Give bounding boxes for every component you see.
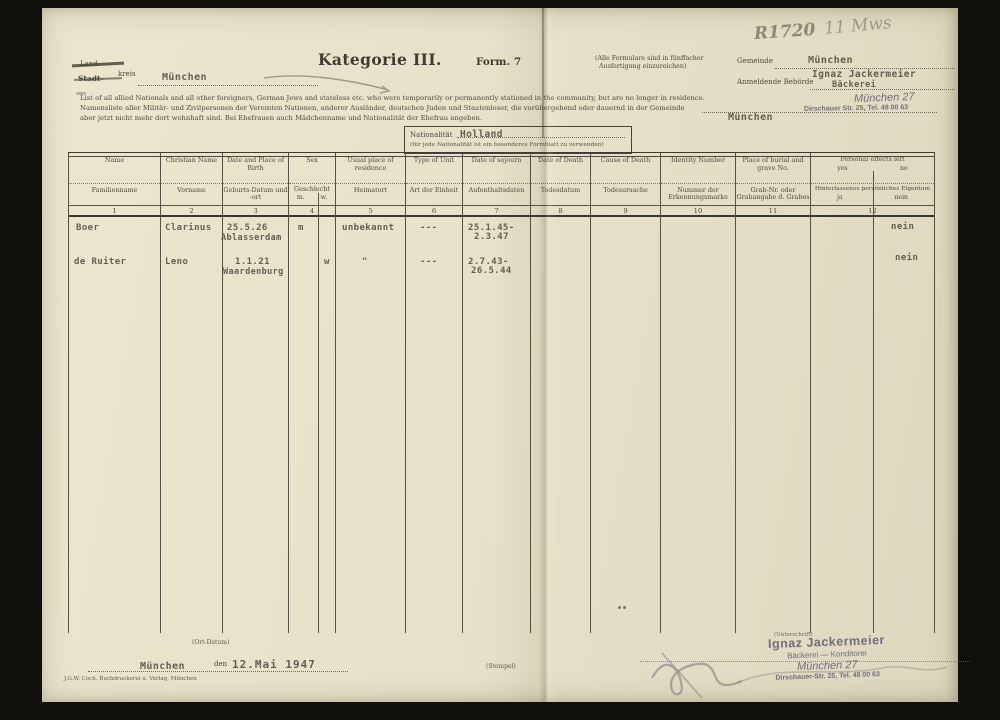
column-burial: Place of burial and grave No. Grab-Nr. o… [735, 153, 810, 633]
effects-yes-label: yes [837, 165, 847, 173]
sex-m-label: m. [297, 194, 305, 201]
col-header-en: Usual place of residence [336, 153, 405, 184]
col-header-de: Nummer der Erkennungsmarke [661, 184, 735, 206]
col-header-en: Date of sojourn [463, 153, 530, 184]
kreis-suffix-label: kreis [118, 70, 136, 78]
column-birth: Date and Place of Birth Geburts-Datum un… [222, 153, 288, 633]
col-number: 2 [161, 206, 222, 217]
fold-crease-top [542, 8, 544, 138]
row2-vorname: Leno [165, 257, 188, 268]
row1-birth-date: 25.5.26 [227, 223, 268, 234]
col-number: 4 [289, 206, 335, 217]
paper-sheet: Land- Stadt- kreis München Kategorie III… [42, 8, 958, 702]
col-header-de: Grab-Nr. oder Grabangabe d. Grabes [736, 184, 810, 206]
column-sojourn: Date of sojourn Aufenthaltsdaten 7 25.1.… [462, 153, 530, 633]
nationality-value: Holland [460, 129, 503, 140]
column-death-cause: Cause of Death Todesursache 9 [590, 153, 660, 633]
col-header-en: Name [69, 153, 160, 184]
column-effects: Personal effects left yes no Hinterlasse… [810, 153, 935, 633]
col-header-de: Todesursache [591, 184, 660, 206]
printer-imprint: J.G.W. Coch. Buchdruckerei u. Verlag, Mü… [64, 676, 197, 682]
row1-effects-no: nein [891, 222, 914, 233]
row2-unit: --- [420, 257, 437, 268]
col-header-de: Heimatort [336, 184, 405, 206]
effects-no-label: no [900, 165, 908, 173]
gemeinde-value: München [808, 55, 853, 66]
row2-stay-to: 26.5.44 [471, 266, 512, 277]
col-header-en: Cause of Death [591, 153, 660, 184]
column-sex: Sex Geschlecht m. w. 4 m w [288, 153, 335, 633]
col-number: 11 [736, 206, 810, 217]
copies-note-line1: (Alle Formulare sind in fünffacher [595, 55, 704, 63]
signature-scribble [632, 623, 962, 708]
sex-w-label: w. [321, 194, 328, 201]
effects-subdivider [873, 171, 874, 633]
stamp-city-top: München 27 [854, 91, 915, 105]
column-unit: Type of Unit Art der Einheit 6 --- --- [405, 153, 462, 633]
copies-note-line2: Ausfertigung einzureichen) [599, 63, 686, 70]
column-name: Name Familienname 1 Boer de Ruiter [68, 153, 160, 633]
col-header-de: Todesdatum [531, 184, 590, 206]
intro-english: List of all allied Nationals and all oth… [80, 94, 705, 102]
behoerde-value-line1: Ignaz Jackermeier [812, 69, 916, 80]
col-header-en: Place of burial and grave No. [736, 153, 810, 184]
column-identity-number: Identity Number Nummer der Erkennungsmar… [660, 153, 735, 633]
col-number: 5 [336, 206, 405, 217]
col-number: 10 [661, 206, 735, 217]
row1-vorname: Clarinus [165, 223, 212, 234]
row2-birth-date: 1.1.21 [235, 257, 270, 268]
col-header-de: Vorname [161, 184, 222, 206]
col-header-de: Familienname [69, 184, 160, 206]
intro-gemeinde-value: München [728, 112, 773, 123]
footer-place: München [140, 661, 185, 672]
handwritten-ref: R1720 [753, 20, 816, 44]
footer-date: 12.Mai 1947 [232, 658, 316, 671]
row2-residence-ditto: " [362, 257, 368, 268]
intro-german-line2: aber jetzt nicht mehr dort wohnhaft sind… [80, 114, 482, 122]
effects-ja-label: ja [837, 194, 843, 201]
col-number: 9 [591, 206, 660, 217]
col-header-en: Identity Number [661, 153, 735, 184]
sex-subdivider [318, 193, 319, 633]
row1-stay-to: 2.3.47 [474, 232, 509, 243]
ink-speck [623, 606, 626, 609]
scanned-form-page: Land- Stadt- kreis München Kategorie III… [0, 0, 1000, 720]
col-number: 3 [223, 206, 288, 217]
ink-speck [618, 606, 621, 609]
kreis-value: München [162, 72, 207, 83]
ort-datum-label: (Ort-Datum) [192, 639, 229, 646]
stempel-label: (Stempel) [486, 663, 516, 670]
row1-residence: unbekannt [342, 223, 394, 234]
row1-sex-m: m [298, 223, 304, 234]
row2-name: de Ruiter [74, 257, 126, 268]
form-number: Form. 7 [476, 56, 521, 68]
den-label: den [214, 660, 227, 668]
gemeinde-label: Gemeinde [737, 57, 773, 65]
col-header-en: Type of Unit [406, 153, 462, 184]
row1-birth-place: Ablasserdam [221, 233, 282, 244]
col-header-de: Art der Einheit [406, 184, 462, 206]
col-header-de: Aufenthaltsdaten [463, 184, 530, 206]
col-number: 8 [531, 206, 590, 217]
col-header-en: Sex [289, 153, 335, 184]
effects-nein-label: nein [894, 194, 908, 201]
col-number: 6 [406, 206, 462, 217]
nationality-box: Nationalität Holland (für jede Nationali… [404, 126, 632, 154]
nationality-label: Nationalität [410, 131, 453, 139]
col-header-en: Personal effects left [840, 155, 904, 163]
persons-table: Name Familienname 1 Boer de Ruiter Chris… [68, 152, 935, 633]
row2-birth-place: Waardenburg [223, 267, 284, 278]
column-residence: Usual place of residence Heimatort 5 unb… [335, 153, 405, 633]
col-header-de: Geburts-Datum und -ort [223, 184, 288, 206]
handwritten-note: 11 Mws [823, 13, 892, 39]
col-number: 7 [463, 206, 530, 217]
dotted-line [457, 136, 625, 138]
column-vorname: Christian Name Vorname 2 Clarinus Leno [160, 153, 222, 633]
col-header-en: Date of Death [531, 153, 590, 184]
column-death-date: Date of Death Todesdatum 8 [530, 153, 590, 633]
page-title: Kategorie III. [318, 50, 442, 69]
row1-name: Boer [76, 223, 99, 234]
nationality-note: (für jede Nationalität ist ein besondere… [410, 142, 604, 148]
row2-effects-no: nein [895, 253, 918, 264]
row1-unit: --- [420, 223, 437, 234]
col-header-de: Geschlecht [294, 185, 330, 193]
row2-sex-w: w [324, 257, 330, 268]
col-header-en: Date and Place of Birth [223, 153, 288, 184]
behoerde-value-line2: Bäckerei [832, 80, 876, 90]
col-header-en: Christian Name [161, 153, 222, 184]
intro-german-line1: Namensliste aller Militär- und Zivilpers… [80, 104, 685, 112]
col-number: 1 [69, 206, 160, 217]
behoerde-label: Anmeldende Behörde [737, 78, 814, 86]
